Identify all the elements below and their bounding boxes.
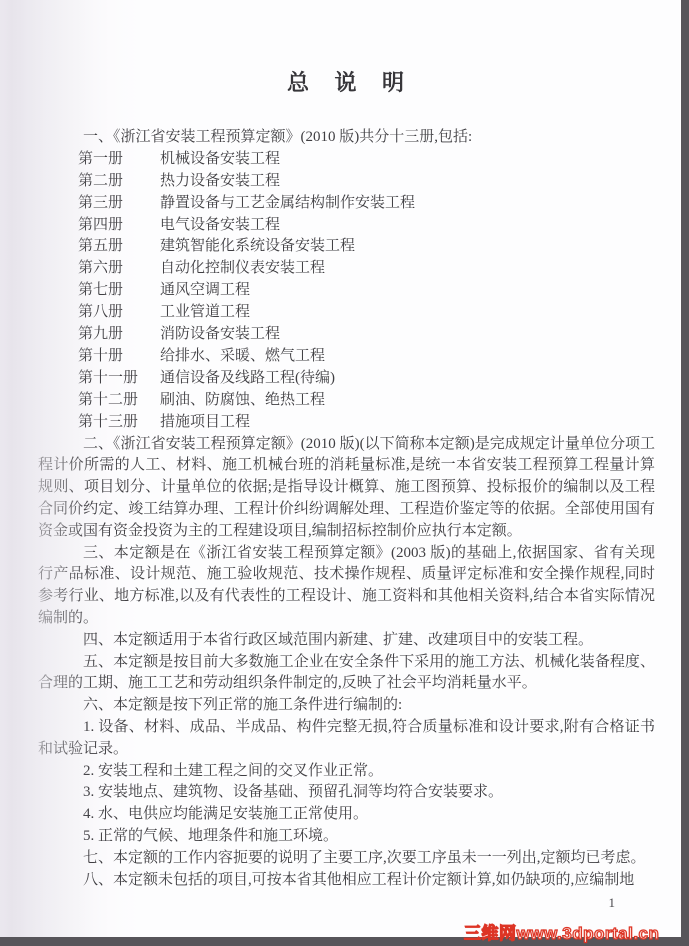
volume-row: 第八册 工业管道工程 [38, 302, 655, 324]
paragraph-6-item-5: 5. 正常的气候、地理条件和施工环境。 [38, 826, 655, 848]
paragraph-4: 四、本定额适用于本省行政区域范围内新建、扩建、改建项目中的安装工程。 [38, 630, 655, 652]
paragraph-3: 三、本定额是在《浙江省安装工程预算定额》(2003 版)的基础上,依据国家、省有… [38, 543, 655, 630]
volume-name: 机械设备安装工程 [160, 149, 655, 171]
paragraph-6-item-2: 2. 安装工程和土建工程之间的交叉作业正常。 [38, 761, 655, 783]
volume-row: 第六册 自动化控制仪表安装工程 [38, 258, 655, 280]
paragraph-2: 二、《浙江省安装工程预算定额》(2010 版)(以下简称本定额)是完成规定计量单… [38, 434, 655, 543]
volume-label: 第十三册 [78, 412, 160, 434]
volume-list: 第一册 机械设备安装工程 第二册 热力设备安装工程 第三册 静置设备与工艺金属结… [38, 149, 655, 434]
volume-label: 第十二册 [78, 390, 160, 412]
volume-name: 通风空调工程 [160, 280, 655, 302]
volume-row: 第十二册 刷油、防腐蚀、绝热工程 [38, 390, 655, 412]
volume-name: 消防设备安装工程 [160, 324, 655, 346]
volume-row: 第五册 建筑智能化系统设备安装工程 [38, 236, 655, 258]
scan-edge-right [681, 0, 689, 946]
paragraph-7: 七、本定额的工作内容扼要的说明了主要工序,次要工序虽未一一列出,定额均已考虑。 [38, 848, 655, 870]
volume-row: 第十一册 通信设备及线路工程(待编) [38, 368, 655, 390]
volume-label: 第十一册 [78, 368, 160, 390]
paragraph-6: 六、本定额是按下列正常的施工条件进行编制的: [38, 695, 655, 717]
watermark: 三维网www.3dportal.cn [464, 919, 659, 944]
volume-label: 第十册 [78, 346, 160, 368]
paragraph-1: 一、《浙江省安装工程预算定额》(2010 版)共分十三册,包括: [38, 127, 655, 149]
volume-row: 第一册 机械设备安装工程 [38, 149, 655, 171]
volume-name: 通信设备及线路工程(待编) [160, 368, 655, 390]
volume-label: 第七册 [78, 280, 160, 302]
volume-label: 第九册 [78, 324, 160, 346]
volume-row: 第九册 消防设备安装工程 [38, 324, 655, 346]
volume-row: 第十三册 措施项目工程 [38, 412, 655, 434]
volume-label: 第二册 [78, 171, 160, 193]
volume-row: 第二册 热力设备安装工程 [38, 171, 655, 193]
volume-name: 建筑智能化系统设备安装工程 [160, 236, 655, 258]
page-number: 1 [609, 895, 616, 911]
volume-name: 给排水、采暖、燃气工程 [160, 346, 655, 368]
volume-row: 第七册 通风空调工程 [38, 280, 655, 302]
volume-label: 第一册 [78, 149, 160, 171]
volume-label: 第五册 [78, 236, 160, 258]
volume-label: 第三册 [78, 193, 160, 215]
page-content: 总 说 明 一、《浙江省安装工程预算定额》(2010 版)共分十三册,包括: 第… [38, 66, 655, 891]
volume-name: 工业管道工程 [160, 302, 655, 324]
volume-label: 第四册 [78, 215, 160, 237]
volume-name: 电气设备安装工程 [160, 215, 655, 237]
page-title: 总 说 明 [38, 66, 655, 97]
paragraph-6-item-1: 1. 设备、材料、成品、半成品、构件完整无损,符合质量标准和设计要求,附有合格证… [38, 717, 655, 761]
volume-row: 第三册 静置设备与工艺金属结构制作安装工程 [38, 193, 655, 215]
paragraph-6-item-3: 3. 安装地点、建筑物、设备基础、预留孔洞等均符合安装要求。 [38, 782, 655, 804]
volume-name: 热力设备安装工程 [160, 171, 655, 193]
volume-name: 静置设备与工艺金属结构制作安装工程 [160, 193, 655, 215]
paragraph-6-item-4: 4. 水、电供应均能满足安装施工正常使用。 [38, 804, 655, 826]
paragraph-5: 五、本定额是按目前大多数施工企业在安全条件下采用的施工方法、机械化装备程度、合理… [38, 652, 655, 696]
volume-name: 自动化控制仪表安装工程 [160, 258, 655, 280]
volume-label: 第六册 [78, 258, 160, 280]
volume-name: 刷油、防腐蚀、绝热工程 [160, 390, 655, 412]
paragraph-8: 八、本定额未包括的项目,可按本省其他相应工程计价定额计算,如仍缺项的,应编制地 [38, 870, 655, 892]
volume-row: 第四册 电气设备安装工程 [38, 215, 655, 237]
volume-label: 第八册 [78, 302, 160, 324]
volume-row: 第十册 给排水、采暖、燃气工程 [38, 346, 655, 368]
volume-name: 措施项目工程 [160, 412, 655, 434]
